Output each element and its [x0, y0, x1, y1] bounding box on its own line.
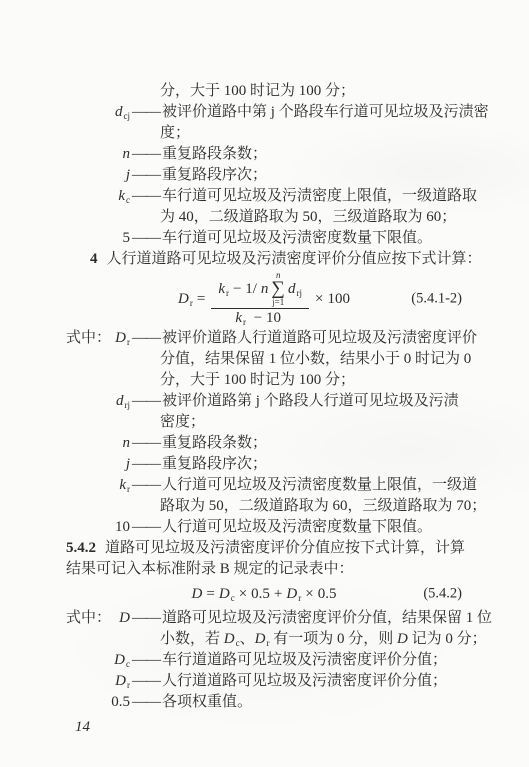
- definition-row: dcj —— 被评价道路中第 j 个路段车行道可见垃圾及污渍密: [66, 102, 462, 123]
- definition-term: kr: [66, 475, 130, 496]
- definition-term: drj: [66, 391, 130, 412]
- definition-row: Dr —— 人行道道路可见垃圾及污渍密度评价分值；: [66, 671, 462, 692]
- definition-continuation: 小数，若 Dc、Dr 有一项为 0 分，则 D 记为 0 分；: [160, 629, 462, 650]
- definition-row: drj —— 被评价道路第 j 个路段人行道可见垃圾及污渍: [66, 391, 462, 412]
- definition-text: 道路可见垃圾及污渍密度评价分值，结果保留 1 位: [162, 608, 492, 629]
- definition-text: 重复路段序次；: [162, 454, 267, 475]
- definition-text: 重复路段条数；: [162, 433, 267, 454]
- definition-text: 重复路段条数；: [162, 144, 267, 165]
- clause-5-4-2-continuation: 结果可记入本标准附录 B 规定的记录表中：: [66, 559, 462, 580]
- definition-term: n: [66, 433, 130, 454]
- em-dash: ——: [130, 517, 162, 538]
- definition-continuation: 分，大于 100 时记为 100 分；: [160, 370, 462, 391]
- term-symbol: n: [123, 435, 131, 451]
- definition-text: 被评价道路中第 j 个路段车行道可见垃圾及污渍密: [162, 102, 489, 123]
- term-symbol: 10: [115, 519, 130, 535]
- em-dash: ——: [130, 102, 162, 123]
- variable-d: d: [288, 281, 296, 297]
- formula-expression: D = Dc × 0.5 + Dr × 0.5: [192, 586, 337, 603]
- variable-k: k: [218, 281, 225, 297]
- definition-text: 人行道道路可见垃圾及污渍密度评价分值；: [162, 671, 447, 692]
- summation-lower-limit: j=1: [272, 298, 284, 308]
- variable-n: n: [261, 281, 269, 298]
- term-symbol: k: [118, 188, 125, 204]
- definition-term: 式中： D: [66, 608, 130, 629]
- formula-expression: Dr = kr − 1/n n ∑ j=1 drj kr − 10: [178, 271, 350, 328]
- definition-row: j —— 重复路段序次；: [66, 165, 462, 186]
- clause-number: 5.4.2: [66, 540, 96, 556]
- plus-sign: +: [274, 586, 282, 603]
- definition-text: 被评价道路第 j 个路段人行道可见垃圾及污渍: [162, 391, 459, 412]
- subscript-c: c: [231, 593, 235, 603]
- subscript-r: r: [243, 317, 246, 327]
- definition-term: 10: [66, 517, 130, 538]
- clause-text: 道路可见垃圾及污渍密度评价分值应按下式计算，计算: [105, 540, 465, 556]
- term-symbol: d: [116, 393, 124, 409]
- clause-5-4-2: 5.4.2道路可见垃圾及污渍密度评价分值应按下式计算，计算: [66, 538, 462, 559]
- text-segment: 记为 0 分；: [408, 631, 487, 647]
- em-dash: ——: [130, 671, 162, 692]
- definition-term: 5: [66, 228, 130, 249]
- term-symbol: D: [115, 673, 126, 689]
- subscript-rj: rj: [296, 288, 302, 298]
- em-dash: ——: [130, 328, 162, 349]
- item-number: 4: [90, 251, 98, 267]
- item-text: 人行道道路可见垃圾及污渍密度评价分值应按下式计算：: [107, 251, 482, 267]
- definition-continuation: 路取为 50，二级道路取为 60，三级道路取为 70；: [160, 496, 462, 517]
- subscript-r: r: [190, 298, 193, 308]
- term-symbol: D: [119, 610, 130, 626]
- term-symbol: 5: [123, 230, 131, 246]
- definition-text: 车行道可见垃圾及污渍密度数量下限值。: [162, 228, 432, 249]
- equals-sign: =: [197, 291, 205, 308]
- times-sign: ×: [305, 586, 313, 603]
- definition-term: j: [66, 454, 130, 475]
- em-dash: ——: [130, 608, 162, 629]
- minus-ten: − 10: [254, 310, 281, 326]
- definition-text: 重复路段序次；: [162, 165, 267, 186]
- definition-term: Dc: [66, 650, 130, 671]
- definition-continuation: 度；: [160, 123, 462, 144]
- definition-text: 人行道可见垃圾及污渍密度数量上限值，一级道: [162, 475, 477, 496]
- variable-D: D: [397, 631, 408, 647]
- definition-text: 被评价道路人行道道路可见垃圾及污渍密度评价: [162, 328, 477, 349]
- em-dash: ——: [130, 186, 162, 207]
- text-segment: 、: [240, 631, 255, 647]
- definition-row: n —— 重复路段条数；: [66, 144, 462, 165]
- times-sign: ×: [239, 586, 247, 603]
- definition-term: j: [66, 165, 130, 186]
- definition-row: 式中： Dr —— 被评价道路人行道道路可见垃圾及污渍密度评价: [66, 328, 462, 349]
- factor-100: 100: [327, 291, 350, 308]
- definition-row: 式中： D —— 道路可见垃圾及污渍密度评价分值，结果保留 1 位: [66, 608, 462, 629]
- term-symbol: D: [114, 652, 125, 668]
- variable-Dc: D: [219, 586, 230, 602]
- definition-row: j —— 重复路段序次；: [66, 454, 462, 475]
- definition-row: kc —— 车行道可见垃圾及污渍密度上限值，一级道路取: [66, 186, 462, 207]
- em-dash: ——: [130, 144, 162, 165]
- em-dash: ——: [130, 692, 162, 713]
- definition-continuation: 分值，结果保留 1 位小数，结果小于 0 时记为 0: [160, 349, 462, 370]
- term-symbol: D: [115, 330, 126, 346]
- summation: n ∑ j=1: [271, 271, 285, 308]
- em-dash: ——: [130, 165, 162, 186]
- variable-Dc: D: [224, 631, 235, 647]
- definition-term: 式中： Dr: [66, 328, 130, 349]
- fraction: kr − 1/n n ∑ j=1 drj kr − 10: [211, 271, 309, 328]
- weight-value: 0.5: [318, 586, 337, 603]
- definition-continuation: 密度；: [160, 412, 462, 433]
- definition-continuation: 为 40，二级道路取为 50，三级道路取为 60；: [160, 207, 462, 228]
- fraction-denominator: kr − 10: [235, 309, 285, 327]
- definition-row: 0.5 —— 各项权重值。: [66, 692, 462, 713]
- text-segment: 有一项为 0 分，则: [269, 631, 397, 647]
- document-page: 分，大于 100 时记为 100 分； dcj —— 被评价道路中第 j 个路段…: [0, 0, 529, 767]
- em-dash: ——: [130, 650, 162, 671]
- em-dash: ——: [130, 475, 162, 496]
- em-dash: ——: [130, 391, 162, 412]
- minus-sign: − 1/: [233, 281, 257, 298]
- fraction-numerator: kr − 1/n n ∑ j=1 drj: [211, 271, 309, 310]
- definition-row: Dc —— 车行道道路可见垃圾及污渍密度评价分值；: [66, 650, 462, 671]
- wherein-label: 式中：: [66, 328, 111, 349]
- weight-value: 0.5: [251, 586, 270, 603]
- em-dash: ——: [130, 228, 162, 249]
- equation-number: (5.4.1-2): [411, 291, 462, 308]
- list-item-4: 4人行道道路可见垃圾及污渍密度评价分值应按下式计算：: [90, 249, 462, 270]
- definition-term: kc: [66, 186, 130, 207]
- variable-D: D: [178, 291, 189, 307]
- definition-term: dcj: [66, 102, 130, 123]
- definition-term: n: [66, 144, 130, 165]
- times-sign: ×: [315, 291, 323, 308]
- subscript-r: r: [226, 288, 229, 298]
- definition-row: 5 —— 车行道可见垃圾及污渍密度数量下限值。: [66, 228, 462, 249]
- variable-k: k: [235, 310, 242, 326]
- text-segment: 小数，若: [160, 631, 224, 647]
- wherein-label: 式中：: [66, 608, 111, 629]
- formula-5-4-1-2: Dr = kr − 1/n n ∑ j=1 drj kr − 10: [66, 270, 462, 328]
- term-symbol: 0.5: [111, 694, 130, 710]
- variable-D: D: [192, 586, 203, 603]
- definition-text: 人行道可见垃圾及污渍密度数量下限值。: [162, 517, 432, 538]
- definition-text: 车行道道路可见垃圾及污渍密度评价分值；: [162, 650, 447, 671]
- term-symbol: n: [123, 146, 131, 162]
- equation-number: (5.4.2): [423, 586, 462, 603]
- definition-row: n —— 重复路段条数；: [66, 433, 462, 454]
- em-dash: ——: [130, 433, 162, 454]
- term-symbol: d: [115, 104, 123, 120]
- definition-term: 0.5: [66, 692, 130, 713]
- page-number: 14: [75, 717, 462, 738]
- equals-sign: =: [206, 586, 214, 603]
- variable-Dr: D: [255, 631, 266, 647]
- sigma-icon: ∑: [271, 280, 285, 297]
- definition-text: 车行道可见垃圾及污渍密度上限值，一级道路取: [162, 186, 477, 207]
- definition-row: 10 —— 人行道可见垃圾及污渍密度数量下限值。: [66, 517, 462, 538]
- subscript-r: r: [298, 593, 301, 603]
- em-dash: ——: [130, 454, 162, 475]
- definition-row: kr —— 人行道可见垃圾及污渍密度数量上限值，一级道: [66, 475, 462, 496]
- variable-Dr: D: [286, 586, 297, 602]
- term-symbol: k: [119, 477, 126, 493]
- definition-term: Dr: [66, 671, 130, 692]
- formula-5-4-2: D = Dc × 0.5 + Dr × 0.5 (5.4.2): [66, 582, 462, 606]
- definition-text: 各项权重值。: [162, 692, 252, 713]
- definition-continuation: 分，大于 100 时记为 100 分；: [160, 81, 462, 102]
